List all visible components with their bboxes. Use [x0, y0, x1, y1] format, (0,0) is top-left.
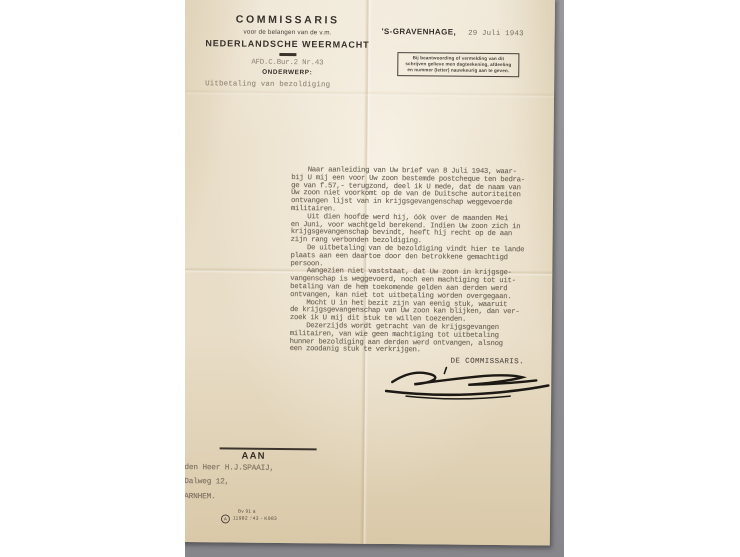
reply-notice-box: Bij beantwoording of vermelding van dits… [397, 52, 519, 77]
text-line: den Heer H.J.SPAAIJ, [185, 461, 274, 476]
letterhead-organisation: NEDERLANDSCHE WEERMACHT [201, 38, 373, 50]
form-code: Bv 91 a [238, 509, 277, 514]
signature-flourish-icon [384, 364, 552, 406]
letterhead-subtitle: voor de belangen van de v.m. [202, 28, 374, 37]
text-line: ARNHEM. [185, 490, 274, 505]
subject-line: Uitbetaling van bezoldiging [205, 80, 330, 89]
screenshot-page: COMMISSARIS voor de belangen van de v.m.… [0, 0, 740, 557]
recipient-rule [220, 447, 317, 449]
dateline: 'S-GRAVENHAGE, 29 Juli 1943 [382, 27, 524, 38]
recipient-label: AAN [242, 451, 266, 462]
dateline-place: 'S-GRAVENHAGE, [382, 27, 457, 37]
letter-body: Naar aanleiding van Uw brief van 8 Juli … [290, 167, 556, 357]
printer-marks: Bv 91 a A 11982 :'43 - K983 [221, 508, 277, 524]
text-line: een zoodanig stuk te verkrijgen. [290, 346, 554, 356]
dateline-date: 29 Juli 1943 [468, 30, 524, 39]
subject-label: ONDERWERP: [201, 68, 373, 77]
text-line: en nummer (letter) nauwkeurig aan te gev… [401, 67, 515, 74]
text-line: Dalweg 12, [185, 475, 274, 490]
recipient-address: den Heer H.J.SPAAIJ,Dalweg 12,ARNHEM. [185, 461, 274, 505]
letter-photo: COMMISSARIS voor de belangen van de v.m.… [185, 0, 564, 557]
reference-number: AFD.C.Bur.2 Nr.43 [201, 58, 373, 68]
letterhead-rule [279, 53, 296, 56]
letterhead: COMMISSARIS voor de belangen van de v.m.… [201, 13, 374, 77]
print-code: 11982 :'43 - K983 [233, 517, 277, 522]
letter-paper: COMMISSARIS voor de belangen van de v.m.… [185, 0, 555, 546]
letterhead-title: COMMISSARIS [202, 13, 374, 27]
printer-symbol-icon: A [221, 514, 230, 523]
